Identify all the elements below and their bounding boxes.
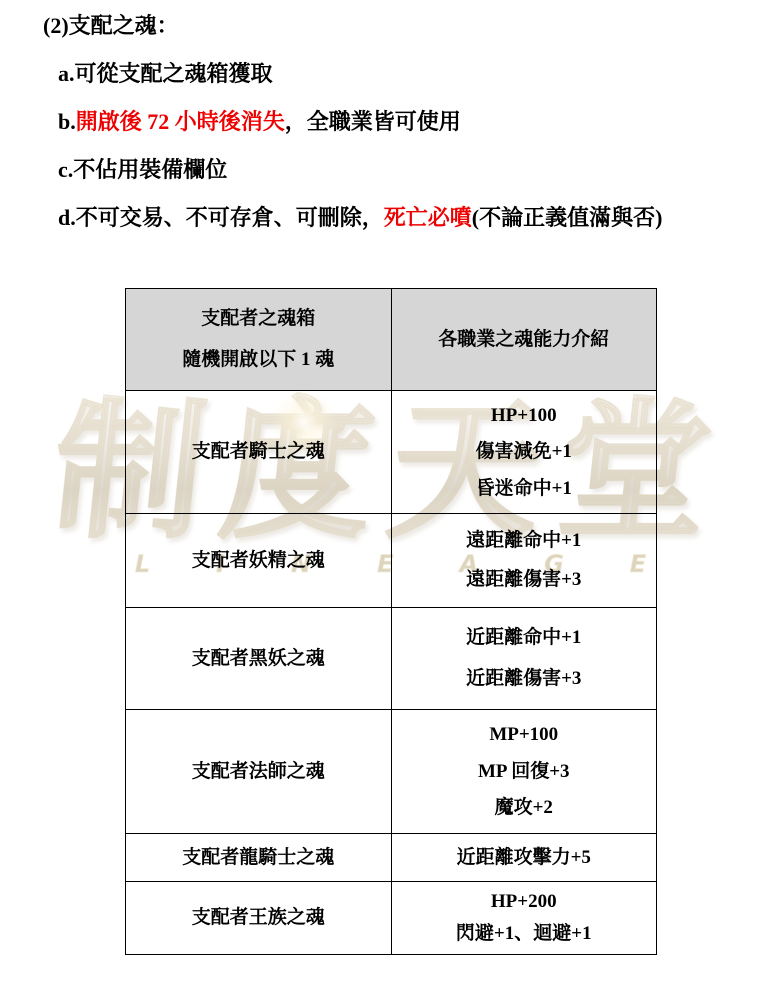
ability-line: 遠距離傷害+3 [466, 568, 581, 592]
table-row-dragonknight: 支配者龍騎士之魂 近距離攻擊力+5 [126, 834, 657, 882]
list-item-c: c.不佔用裝備欄位 [0, 158, 662, 182]
table-row-knight: 支配者騎士之魂 HP+100 傷害減免+1 昏迷命中+1 [126, 391, 657, 514]
item-prefix: d. [58, 205, 76, 230]
ability-line: 昏迷命中+1 [476, 477, 572, 501]
ability-line: HP+100 [491, 404, 557, 428]
item-text: 不佔用裝備欄位 [73, 157, 227, 182]
ability-line: 傷害減免+1 [476, 440, 572, 464]
soul-name: 支配者黑妖之魂 [192, 647, 325, 671]
list-item-a: a.可從支配之魂箱獲取 [0, 62, 662, 86]
item-text-after: (不論正義值滿與否) [472, 205, 663, 230]
soul-name: 支配者龍騎士之魂 [182, 846, 334, 870]
table-row-elf: 支配者妖精之魂 遠距離命中+1 遠距離傷害+3 [126, 514, 657, 608]
item-red-text: 死亡必噴 [384, 205, 472, 230]
item-prefix: b. [58, 109, 76, 134]
header-box-title: 支配者之魂箱 [201, 307, 315, 331]
soul-name: 支配者王族之魂 [192, 906, 325, 930]
table-row-darkelf: 支配者黑妖之魂 近距離命中+1 近距離傷害+3 [126, 608, 657, 710]
soul-table: 支配者之魂箱 隨機開啟以下 1 魂 各職業之魂能力介紹 支配者騎士之魂 HP+1… [125, 288, 657, 955]
ability-line: MP 回復+3 [478, 760, 570, 784]
item-prefix: c. [58, 157, 73, 182]
header-cell-abilities: 各職業之魂能力介紹 [391, 289, 657, 391]
document-page: 制度天堂 LINEAGE (2)支配之魂： a.可從支配之魂箱獲取 b.開啟後 … [0, 0, 781, 983]
item-text-after: ，全職業皆可使用 [285, 109, 461, 134]
table-header-row: 支配者之魂箱 隨機開啟以下 1 魂 各職業之魂能力介紹 [126, 289, 657, 391]
ability-line: HP+200 [491, 890, 557, 914]
soul-name: 支配者妖精之魂 [192, 549, 325, 573]
item-text: 可從支配之魂箱獲取 [75, 61, 273, 86]
header-cell-box: 支配者之魂箱 隨機開啟以下 1 魂 [126, 289, 392, 391]
item-red-text: 開啟後 72 小時後消失 [76, 109, 285, 134]
ability-line: 近距離攻擊力+5 [457, 846, 591, 870]
header-abilities-title: 各職業之魂能力介紹 [438, 328, 609, 352]
section-title: (2)支配之魂： [0, 14, 662, 38]
intro-section: (2)支配之魂： a.可從支配之魂箱獲取 b.開啟後 72 小時後消失，全職業皆… [0, 14, 662, 254]
ability-line: 遠距離命中+1 [466, 529, 581, 553]
soul-name: 支配者法師之魂 [192, 760, 325, 784]
ability-line: 魔攻+2 [495, 796, 553, 820]
table-row-mage: 支配者法師之魂 MP+100 MP 回復+3 魔攻+2 [126, 710, 657, 834]
soul-name: 支配者騎士之魂 [192, 440, 325, 464]
ability-line: 近距離傷害+3 [466, 667, 581, 691]
ability-line: 閃避+1、迴避+1 [456, 922, 592, 946]
ability-line: MP+100 [489, 723, 558, 747]
header-box-subtitle: 隨機開啟以下 1 魂 [182, 348, 334, 372]
item-prefix: a. [58, 61, 75, 86]
table-row-royal: 支配者王族之魂 HP+200 閃避+1、迴避+1 [126, 882, 657, 955]
item-text: 不可交易、不可存倉、可刪除， [76, 205, 384, 230]
list-item-d: d.不可交易、不可存倉、可刪除，死亡必噴(不論正義值滿與否) [0, 206, 662, 230]
ability-line: 近距離命中+1 [466, 626, 581, 650]
list-item-b: b.開啟後 72 小時後消失，全職業皆可使用 [0, 110, 662, 134]
